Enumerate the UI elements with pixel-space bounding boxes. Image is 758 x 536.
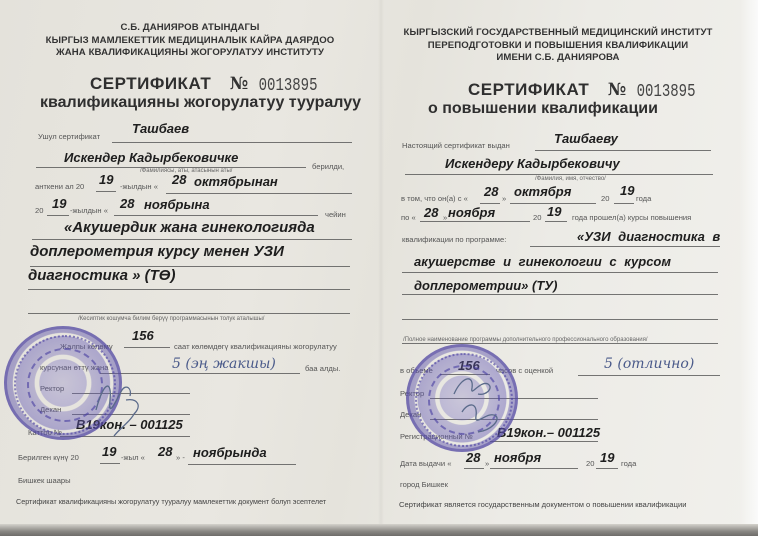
left-institute-line-1: С.Б. ДАНИЯРОВ АТЫНДАГЫ: [40, 22, 340, 35]
right-certificate-subtitle: о повышении квалификации: [428, 100, 658, 118]
right-program-caption: /Полное наименование программы дополните…: [403, 337, 648, 343]
right-issue-close: »: [485, 459, 489, 468]
left-from-year: 19: [99, 172, 113, 187]
right-institute-header: КЫРГЫЗСКИЙ ГОСУДАРСТВЕННЫЙ МЕДИЦИНСКИЙ И…: [398, 27, 718, 65]
left-program-underline-1: [32, 239, 352, 240]
right-to-century: 20: [533, 213, 541, 222]
left-to-month: ноябрына: [144, 197, 210, 212]
right-from-prefix: в том, что он(а) с «: [401, 194, 468, 203]
left-given-name: Искендер Кадырбековичке: [64, 150, 238, 165]
right-to-year-line: [545, 221, 567, 222]
right-to-day: 28: [424, 205, 438, 220]
right-from-year-word: года: [636, 194, 651, 203]
left-issue-month: ноябрында: [193, 445, 267, 460]
right-surname: Ташбаеву: [554, 131, 618, 146]
right-program-line-3: доплерометрии» (ТУ): [414, 278, 557, 293]
left-from-year-word: -жылдын «: [120, 182, 158, 191]
left-to-year: 19: [52, 196, 66, 211]
right-from-day-line: [480, 203, 500, 204]
left-from-date-line: [166, 193, 352, 194]
left-program-line-1: «Акушердик жана гинекологияда: [64, 219, 315, 236]
right-program-underline-1: [530, 246, 720, 247]
right-to-prefix: по «: [401, 213, 416, 222]
right-issue-prefix: Дата выдачи «: [400, 459, 451, 468]
left-from-year-line: [96, 191, 116, 192]
right-city: город Бишкек: [400, 480, 448, 489]
left-to-day: 28: [120, 196, 134, 211]
right-to-year: 19: [547, 204, 561, 219]
left-certificate-title: СЕРТИФИКАТ: [90, 74, 211, 93]
right-issue-year-word: года: [621, 459, 636, 468]
left-from-prefix: анткени ал 20: [35, 182, 84, 191]
left-footer-note: Сертификат квалификацияны жогорулатуу ту…: [16, 497, 326, 506]
left-issue-year-word: -жыл «: [121, 453, 145, 462]
right-from-year-line: [614, 203, 634, 204]
right-issue-year-line: [596, 468, 618, 469]
page-fold: [378, 0, 384, 528]
right-from-century: 20: [601, 194, 609, 203]
left-issue-year-line: [100, 463, 120, 464]
left-grade-suffix: баа алды.: [305, 364, 340, 373]
right-from-day: 28: [484, 184, 498, 199]
left-certificate-heading: СЕРТИФИКАТ № 0013895: [90, 74, 317, 94]
right-issue-century: 20: [586, 459, 594, 468]
left-issue-dash: » -: [176, 453, 185, 462]
left-issue-prefix: Берилген күнү 20: [18, 453, 79, 462]
left-to-date-line: [114, 215, 318, 216]
paper-edge-shadow: [0, 524, 758, 536]
right-reg-number: В19кон.– 001125: [497, 425, 600, 440]
right-footer-note: Сертификат является государственным доку…: [399, 500, 687, 509]
right-grade-line: [578, 375, 720, 376]
right-program-underline-2: [402, 272, 718, 273]
right-issue-day: 28: [466, 450, 480, 465]
right-name-caption: /Фамилия, имя, отчество/: [535, 176, 606, 182]
right-issue-month: ноября: [494, 450, 541, 465]
left-institute-header: С.Б. ДАНИЯРОВ АТЫНДАГЫ КЫРГЫЗ МАМЛЕКЕТТИ…: [40, 22, 340, 60]
right-to-month: ноября: [448, 205, 495, 220]
left-surname: Ташбаев: [132, 121, 189, 136]
right-issue-year: 19: [600, 450, 614, 465]
left-number-sign: №: [230, 74, 248, 94]
left-city: Бишкек шаары: [18, 476, 71, 485]
left-issue-year: 19: [102, 444, 116, 459]
left-institute-line-3: ЖАНА КВАЛИФИКАЦИЯНЫ ЖОГОРУЛАТУУ ИНСТИТУТ…: [40, 47, 340, 60]
left-to-year-word: -жылдын «: [70, 206, 108, 215]
right-to-date-line: [420, 221, 530, 222]
right-program-line-1: «УЗИ диагностика в: [577, 229, 720, 244]
left-issued-suffix: берилди,: [312, 162, 344, 171]
right-issued-to-label: Настоящий сертификат выдан: [402, 141, 510, 150]
right-certificate-title: СЕРТИФИКАТ: [468, 80, 589, 99]
left-until-word: чейин: [325, 210, 346, 219]
right-institute-line-2: ПЕРЕПОДГОТОВКИ И ПОВЫШЕНИЯ КВАЛИФИКАЦИИ: [398, 40, 718, 53]
right-from-year: 19: [620, 183, 634, 198]
right-issue-day-line: [464, 468, 484, 469]
left-from-month: октябрынан: [194, 174, 278, 189]
right-to-suffix: года прошел(а) курсы повышения: [572, 213, 691, 222]
left-hours-line: [124, 347, 170, 348]
left-program-underline-3: [28, 289, 350, 290]
left-program-underline-4: [28, 313, 350, 314]
left-hours-suffix: саат көлөмдөгү квалификацияны жогорулату…: [174, 342, 337, 351]
left-issue-month-line: [188, 464, 296, 465]
right-surname-line: [535, 150, 711, 151]
right-signature: [448, 372, 508, 436]
left-program-line-2: доплерометрия курсу менен УЗИ: [30, 243, 284, 260]
right-program-underline-4: [402, 319, 718, 320]
left-to-year-line: [47, 215, 69, 216]
left-from-day: 28: [172, 172, 186, 187]
right-institute-line-1: КЫРГЫЗСКИЙ ГОСУДАРСТВЕННЫЙ МЕДИЦИНСКИЙ И…: [398, 27, 718, 40]
right-program-line-2: акушерстве и гинекологии с курсом: [414, 254, 671, 269]
left-grade: 5 (эң жакшы): [172, 356, 276, 372]
right-program-label: квалификации по программе:: [402, 235, 506, 244]
right-number-sign: №: [608, 80, 626, 100]
right-program-underline-5: [402, 343, 718, 344]
right-given-name: Искендеру Кадырбековичу: [445, 156, 620, 171]
left-to-prefix: 20: [35, 206, 43, 215]
right-program-underline-3: [402, 294, 718, 295]
left-program-line-3: диагностика » (ТӨ): [28, 267, 175, 284]
left-certificate-subtitle: квалификацияны жогорулатуу тууралуу: [40, 94, 361, 112]
left-hours: 156: [132, 328, 154, 343]
right-reg-line: [490, 441, 598, 442]
left-issue-day: 28: [158, 444, 172, 459]
left-issued-to-label: Ушул сертификат: [38, 132, 100, 141]
right-grade: 5 (отлично): [604, 356, 694, 372]
right-issue-month-line: [490, 468, 578, 469]
right-institute-line-3: ИМЕНИ С.Б. ДАНИЯРОВА: [398, 52, 718, 65]
right-name-line: [405, 174, 713, 175]
right-from-close: »: [502, 194, 506, 203]
right-certificate-heading: СЕРТИФИКАТ № 0013895: [468, 80, 695, 100]
left-program-caption: /Кесиптик кошумча билим берүү программас…: [78, 316, 264, 322]
left-institute-line-2: КЫРГЫЗ МАМЛЕКЕТТИК МЕДИЦИНАЛЫК КАЙРА ДАЯ…: [40, 35, 340, 48]
left-signature: [86, 370, 146, 440]
left-surname-line: [112, 142, 352, 143]
right-from-month: октября: [514, 184, 571, 199]
